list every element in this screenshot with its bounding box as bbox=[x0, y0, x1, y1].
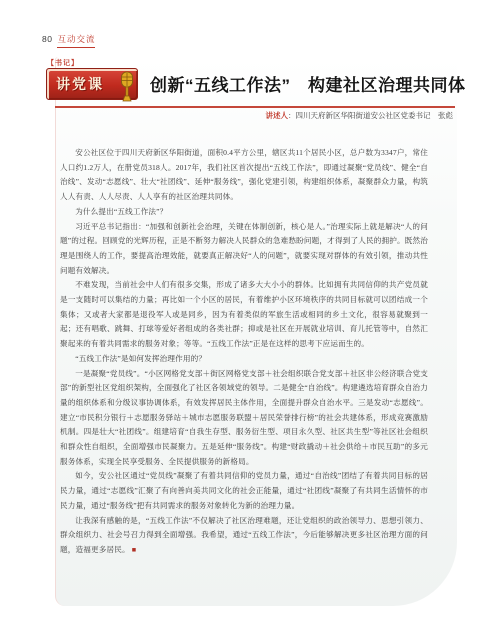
byline-label: 讲述人 bbox=[266, 111, 289, 120]
paragraph-question: “五线工作法”是如何发挥治理作用的？ bbox=[60, 352, 428, 367]
paragraph-last: 让我深有感触的是，“五线工作法”不仅解决了社区治理难题，还让党组织的政治领导力、… bbox=[60, 514, 428, 558]
paragraph-text: 让我深有感触的是，“五线工作法”不仅解决了社区治理难题，还让党组织的政治领导力、… bbox=[60, 516, 428, 554]
magazine-page: 80 互动交流 【书记】 讲党课 创新“五线工作法” 构建社区治理共同体 讲述人… bbox=[0, 0, 484, 640]
byline-text: ：四川天府新区华阳街道安公社区党委书记 张彪 bbox=[288, 111, 453, 120]
article-title: 创新“五线工作法” 构建社区治理共同体 bbox=[150, 71, 456, 96]
byline: 讲述人：四川天府新区华阳街道安公社区党委书记 张彪 bbox=[266, 110, 454, 121]
column-tag: 【书记】 bbox=[47, 58, 79, 68]
paragraph: 习近平总书记指出：“加强和创新社会治理，关键在体制创新，核心是人。”治理实际上就… bbox=[60, 220, 428, 279]
microphone-icon bbox=[118, 71, 136, 108]
paragraph: 不难发现，当前社会中人们有很多交集，形成了诸多大大小小的群体。比如拥有共同信仰的… bbox=[60, 278, 428, 352]
paragraph: 一是凝聚“党员线”。“小区网格党支部＋街区网格党支部＋社会组织联合党支部＋社区非… bbox=[60, 367, 428, 470]
paragraph: 如今，安公社区通过“党员线”凝聚了有着共同信仰的党员力量，通过“自治线”团结了有… bbox=[60, 469, 428, 513]
article-end-mark: ■ bbox=[132, 546, 136, 554]
paragraph-question: 为什么提出“五线工作法”？ bbox=[60, 205, 428, 220]
column-badge: 讲党课 bbox=[46, 68, 138, 100]
article-body: 安公社区位于四川天府新区华阳街道，面积0.4平方公里，辖区共11个居民小区，总户… bbox=[60, 146, 428, 558]
paragraph: 安公社区位于四川天府新区华阳街道，面积0.4平方公里，辖区共11个居民小区，总户… bbox=[60, 146, 428, 205]
section-title: 互动交流 bbox=[57, 33, 95, 48]
badge-label: 讲党课 bbox=[47, 74, 104, 94]
running-head: 80 互动交流 bbox=[42, 33, 95, 48]
page-number: 80 bbox=[42, 34, 52, 44]
divider-rule bbox=[55, 106, 455, 108]
